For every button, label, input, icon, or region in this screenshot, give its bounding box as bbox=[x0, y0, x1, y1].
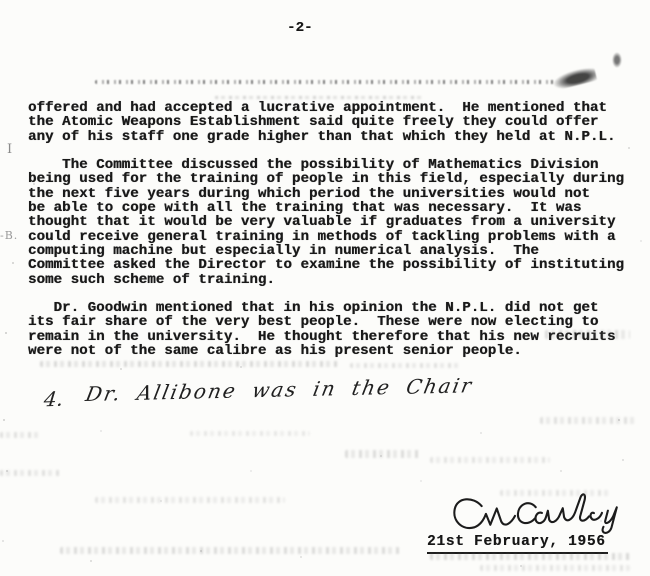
margin-mark: -B. bbox=[0, 229, 18, 242]
bleedthrough-mark bbox=[540, 417, 635, 424]
ink-smudge-streak bbox=[215, 96, 425, 99]
bleedthrough-mark bbox=[545, 330, 630, 339]
bleedthrough-mark bbox=[0, 470, 60, 476]
ink-blot bbox=[612, 52, 622, 68]
bleedthrough-mark bbox=[480, 565, 630, 571]
paper-speckles bbox=[0, 0, 2, 2]
bleedthrough-mark bbox=[190, 431, 310, 436]
bleedthrough-mark bbox=[0, 432, 40, 438]
handwritten-item-number: 4. bbox=[43, 388, 64, 411]
bleedthrough-mark bbox=[60, 547, 400, 554]
bleedthrough-mark bbox=[430, 553, 630, 560]
typed-body: offered and had accepted a lucrative app… bbox=[28, 101, 624, 358]
margin-mark: I bbox=[7, 142, 12, 157]
bleedthrough-mark bbox=[40, 361, 340, 367]
document-date: 21st February, 1956 bbox=[427, 535, 608, 554]
bleedthrough-mark bbox=[345, 450, 420, 458]
page-number: -2- bbox=[287, 21, 313, 36]
bleedthrough-mark bbox=[430, 457, 550, 463]
bleedthrough-mark bbox=[350, 363, 460, 368]
bleedthrough-mark bbox=[500, 490, 610, 496]
handwritten-item-text: Dr. Allibone was in the Chair bbox=[84, 374, 475, 405]
document-page: -2- I -B. offered and had accepted a luc… bbox=[0, 0, 650, 576]
bleedthrough-mark bbox=[95, 497, 285, 503]
ink-smudge-streak bbox=[95, 80, 555, 84]
ink-blot bbox=[549, 65, 598, 92]
